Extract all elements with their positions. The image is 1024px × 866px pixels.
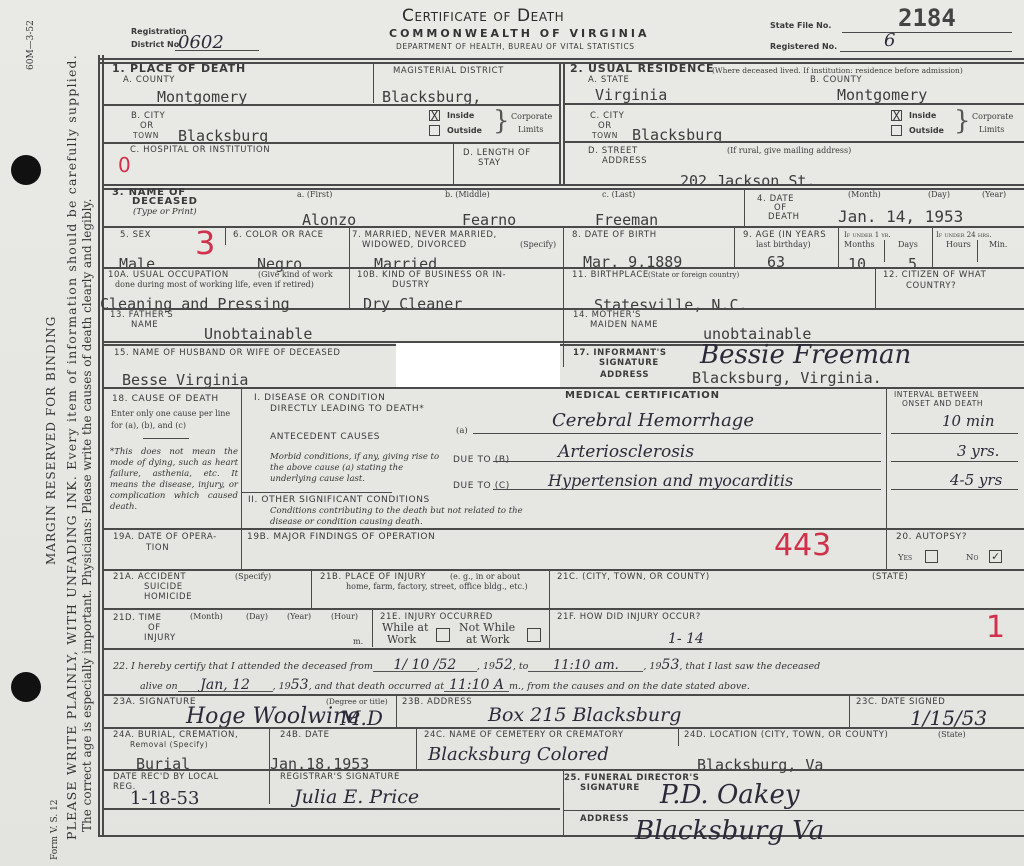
state-file-label: State File No. xyxy=(770,21,831,31)
cemetery-name: Blacksburg Colored xyxy=(428,744,609,765)
certificate-department: Department of Health, Bureau of Vital St… xyxy=(396,42,635,52)
residence-outside-checkbox[interactable] xyxy=(891,125,902,136)
residence-street: 202 Jackson St. xyxy=(680,173,815,189)
informant-signature: Bessie Freeman xyxy=(700,340,911,370)
certification-statement: 22. I hereby certify that I attended the… xyxy=(113,660,820,672)
attended-from: 1/ 10 /52 xyxy=(373,660,477,672)
cause-c: Hypertension and myocarditis xyxy=(548,471,793,490)
place-outside-checkbox[interactable] xyxy=(429,125,440,136)
death-certificate-page: 60M—3-52 Form V. S. 12 MARGIN RESERVED F… xyxy=(0,0,1024,866)
last-seen-alive: Jan, 12 xyxy=(178,680,273,692)
binding-hole-bottom xyxy=(11,672,41,702)
registrar-signature: Julia E. Price xyxy=(294,786,419,808)
father-name: Unobtainable xyxy=(204,326,312,342)
certificate-title: Certificate of Death xyxy=(402,6,564,26)
residence-inside-checkbox[interactable]: X xyxy=(891,110,902,121)
place-inside-checkbox[interactable]: X xyxy=(429,110,440,121)
date-of-death: Jan. 14, 1953 xyxy=(838,209,963,225)
form-id: Form V. S. 12 xyxy=(50,799,60,860)
burial-location: Blacksburg, Va xyxy=(697,757,823,773)
place-of-death-label: 1. Place of Death xyxy=(112,64,246,74)
while-at-work-checkbox[interactable] xyxy=(436,628,450,642)
autopsy-yes-checkbox[interactable] xyxy=(925,550,938,563)
state-file-no: 2184 xyxy=(898,4,956,32)
margin-binding-note: MARGIN RESERVED FOR BINDING xyxy=(44,316,58,565)
residence-state: Virginia xyxy=(595,87,667,103)
not-while-at-work-checkbox[interactable] xyxy=(527,628,541,642)
interval-c: 4-5 yrs xyxy=(950,471,1002,489)
injury-note: 1- 14 xyxy=(668,631,704,647)
margin-instruction-2: The correct age is especially important.… xyxy=(80,199,94,832)
redacted-field xyxy=(396,343,560,387)
residence-county: Montgomery xyxy=(837,87,927,103)
cause-a: Cerebral Hemorrhage xyxy=(552,410,754,431)
margin-instruction-1: PLEASE WRITE PLAINLY, WITH UNFADING INK.… xyxy=(64,54,79,840)
age-months: 10 xyxy=(848,256,866,272)
kind-of-business: Dry Cleaner xyxy=(363,296,462,312)
magisterial-district: Blacksburg, xyxy=(382,89,481,105)
interval-b: 3 yrs. xyxy=(957,442,999,460)
cause-b: Arteriosclerosis xyxy=(558,442,694,462)
time-of-death: 11:10 A xyxy=(444,680,509,692)
informant-address: Blacksburg, Virginia. xyxy=(692,370,882,386)
form-code: 60M—3-52 xyxy=(26,20,36,70)
funeral-director-signature: P.D. Oakey xyxy=(660,780,800,810)
registered-no: 6 xyxy=(884,30,895,51)
date-received-by-registrar: 1-18-53 xyxy=(130,788,199,809)
binding-hole-top xyxy=(11,155,41,185)
registered-label: Registered No. xyxy=(770,42,837,52)
cause-footnote: *This does not mean the mode of dying, s… xyxy=(110,447,238,513)
red-mark-1: 1 xyxy=(986,610,1005,645)
sex-code-mark: 3 xyxy=(195,224,215,262)
interval-a: 10 min xyxy=(942,412,995,430)
physician-signature: Hoge Woolwine xyxy=(186,704,360,729)
funeral-director-address: Blacksburg Va xyxy=(635,816,824,846)
usual-residence-label: 2. Usual Residence xyxy=(570,64,714,74)
code-443: 443 xyxy=(774,528,831,563)
place-of-death-county: Montgomery xyxy=(157,89,247,105)
attended-to: 11:10 am. xyxy=(528,660,643,672)
spouse-name: Besse Virginia xyxy=(122,372,248,388)
physician-address: Box 215 Blacksburg xyxy=(488,704,681,726)
certificate-state: Commonwealth of Virginia xyxy=(389,27,649,40)
autopsy-no-checkbox[interactable]: ✓ xyxy=(989,550,1002,563)
hospital-code-mark: 0 xyxy=(118,153,131,177)
